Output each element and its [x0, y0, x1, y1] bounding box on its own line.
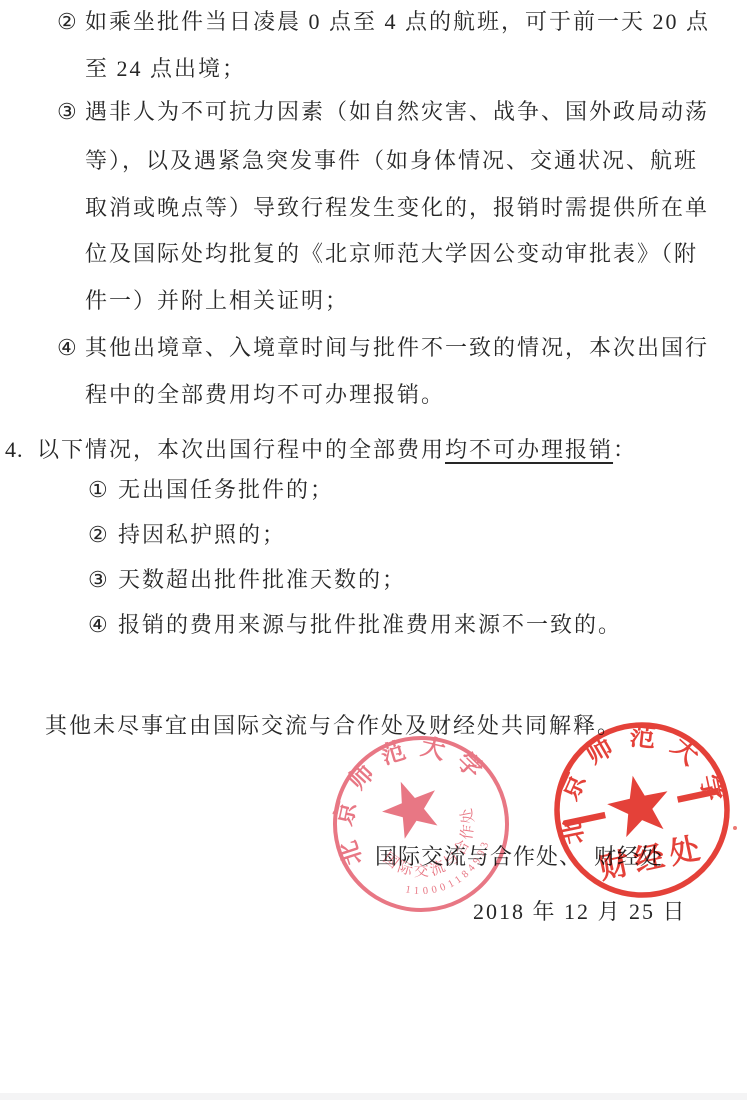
- scan-edge-artifact: [0, 1093, 747, 1100]
- doc-line: 件一）并附上相关证明；: [85, 287, 349, 314]
- doc-line: 等），以及遇紧急突发事件（如身体情况、交通状况、航班: [85, 147, 698, 174]
- circle-marker: ③: [88, 566, 118, 593]
- line-text: 其他出境章、入境章时间与批件不一致的情况，本次出国行: [85, 335, 709, 360]
- line-text: 无出国任务批件的；: [118, 477, 334, 502]
- doc-line: 位及国际处均批复的《北京师范大学因公变动审批表》（附: [85, 240, 698, 267]
- line-text: 等），以及遇紧急突发事件（如身体情况、交通状况、航班: [85, 148, 698, 173]
- ink-speck: [733, 826, 737, 830]
- line-text: 位及国际处均批复的《北京师范大学因公变动审批表》（附: [85, 241, 698, 266]
- line-text: 如乘坐批件当日凌晨 0 点至 4 点的航班，可于前一天 20 点: [85, 9, 710, 34]
- doc-line: 程中的全部费用均不可办理报销。: [85, 381, 445, 408]
- line-text: 程中的全部费用均不可办理报销。: [85, 382, 445, 407]
- seal-org-arc-text: 北京师范大学: [549, 717, 731, 847]
- doc-subitem: ④报销的费用来源与批件批准费用来源不一致的。: [88, 611, 622, 638]
- document-page: ②如乘坐批件当日凌晨 0 点至 4 点的航班，可于前一天 20 点 至 24 点…: [0, 0, 747, 1100]
- line-text: 至 24 点出境；: [85, 56, 246, 81]
- circle-marker: ②: [88, 521, 118, 548]
- star-icon: [374, 771, 447, 843]
- circle-marker: ③: [57, 98, 85, 125]
- underlined-text: 均不可办理报销: [445, 437, 613, 462]
- line-text: 报销的费用来源与批件批准费用来源不一致的。: [118, 612, 622, 637]
- item-number: 4.: [5, 436, 37, 463]
- doc-line-item4: 4.以下情况，本次出国行程中的全部费用均不可办理报销：: [5, 436, 637, 463]
- line-text: 天数超出批件批准天数的；: [118, 567, 406, 592]
- line-text: 以下情况，本次出国行程中的全部费用: [37, 437, 445, 462]
- official-seal-international-office: 北京师范大学 国际交流与合作处 110001184993: [328, 731, 514, 917]
- line-text: 遇非人为不可抗力因素（如自然灾害、战争、国外政局动荡: [85, 99, 709, 124]
- star-icon: [603, 769, 675, 839]
- doc-line: 取消或晚点等）导致行程发生变化的，报销时需提供所在单: [85, 194, 709, 221]
- doc-line: 至 24 点出境；: [85, 55, 246, 82]
- seal-graphic: 北京师范大学 国际交流与合作处 110001184993: [328, 731, 514, 917]
- doc-line: ②如乘坐批件当日凌晨 0 点至 4 点的航班，可于前一天 20 点: [57, 8, 710, 35]
- seal-graphic: 北京师范大学 财经处: [549, 717, 735, 903]
- circle-marker: ②: [57, 8, 85, 35]
- official-seal-finance-office: 北京师范大学 财经处: [549, 717, 735, 903]
- line-text: 件一）并附上相关证明；: [85, 288, 349, 313]
- circle-marker: ④: [88, 611, 118, 638]
- doc-subitem: ①无出国任务批件的；: [88, 476, 334, 503]
- doc-subitem: ②持因私护照的；: [88, 521, 286, 548]
- doc-line: ④其他出境章、入境章时间与批件不一致的情况，本次出国行: [57, 334, 709, 361]
- circle-marker: ④: [57, 334, 85, 361]
- line-text: 持因私护照的；: [118, 522, 286, 547]
- doc-subitem: ③天数超出批件批准天数的；: [88, 566, 406, 593]
- line-text: ：: [613, 437, 637, 462]
- circle-marker: ①: [88, 476, 118, 503]
- line-text: 取消或晚点等）导致行程发生变化的，报销时需提供所在单: [85, 195, 709, 220]
- doc-line: ③遇非人为不可抗力因素（如自然灾害、战争、国外政局动荡: [57, 98, 709, 125]
